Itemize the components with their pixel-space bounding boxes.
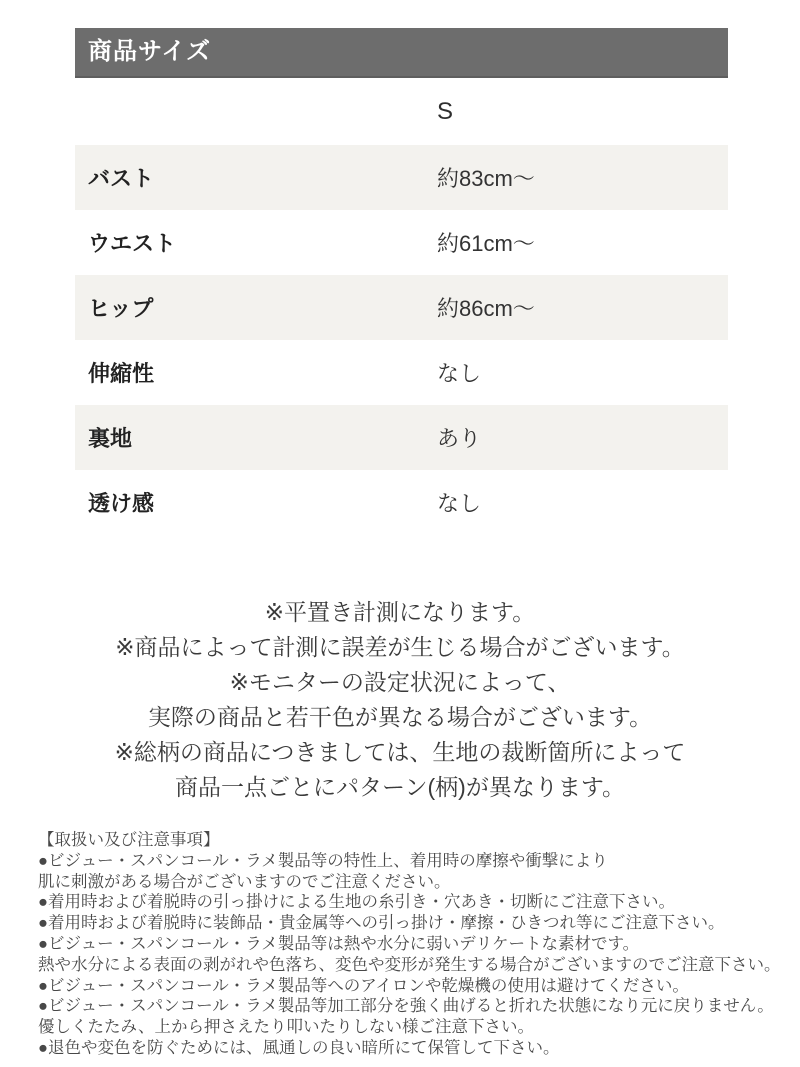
care-note-line: 肌に刺激がある場合がございますのでご注意ください。 [38, 872, 790, 893]
care-note-line: ●ビジュー・スパンコール・ラメ製品等は熱や水分に弱いデリケートな素材です。 [38, 934, 790, 955]
measurement-notes: ※平置き計測になります。 ※商品によって計測に誤差が生じる場合がございます。 ※… [0, 595, 800, 805]
care-note-line: 優しくたたみ、上から押さえたり叩いたりしない様ご注意下さい。 [38, 1017, 790, 1038]
care-notes-heading: 【取扱い及び注意事項】 [38, 830, 790, 851]
row-label: 裏地 [75, 422, 437, 453]
row-label: ウエスト [75, 227, 437, 258]
table-row-bust: バスト 約83cm～ [75, 145, 728, 210]
care-note-line: ●ビジュー・スパンコール・ラメ製品等加工部分を強く曲げると折れた状態になり元に戻… [38, 996, 790, 1017]
care-note-line: ●ビジュー・スパンコール・ラメ製品等へのアイロンや乾燥機の使用は避けてください。 [38, 976, 790, 997]
row-label: ヒップ [75, 292, 437, 323]
row-value: あり [437, 422, 728, 453]
row-value: 約61cm～ [437, 227, 728, 258]
product-size-section: 商品サイズ S バスト 約83cm～ ウエスト 約61cm～ ヒップ 約86cm… [75, 28, 728, 535]
care-notes: 【取扱い及び注意事項】 ●ビジュー・スパンコール・ラメ製品等の特性上、着用時の摩… [38, 830, 790, 1059]
care-note-line: 熱や水分による表面の剥がれや色落ち、変色や変形が発生する場合がございますのでご注… [38, 955, 790, 976]
row-label: バスト [75, 162, 437, 193]
care-note-line: ●着用時および着脱時の引っ掛けによる生地の糸引き・穴あき・切断にご注意下さい。 [38, 892, 790, 913]
care-note-line: ●ビジュー・スパンコール・ラメ製品等の特性上、着用時の摩擦や衝撃により [38, 851, 790, 872]
row-value: なし [437, 357, 728, 388]
care-note-line: ●着用時および着脱時に装飾品・貴金属等への引っ掛け・摩擦・ひきつれ等にご注意下さ… [38, 913, 790, 934]
table-row-waist: ウエスト 約61cm～ [75, 210, 728, 275]
row-value: なし [437, 487, 728, 518]
row-label: 透け感 [75, 487, 437, 518]
table-row-hip: ヒップ 約86cm～ [75, 275, 728, 340]
section-title: 商品サイズ [88, 38, 211, 65]
table-row-sheerness: 透け感 なし [75, 470, 728, 535]
measurement-note-line: ※平置き計測になります。 [0, 595, 800, 630]
section-title-bar: 商品サイズ [75, 28, 728, 78]
measurement-note-line: ※モニターの設定状況によって、 [0, 665, 800, 700]
measurement-note-line: ※商品によって計測に誤差が生じる場合がございます。 [0, 630, 800, 665]
row-value: 約83cm～ [437, 162, 728, 193]
row-value: 約86cm～ [437, 292, 728, 323]
row-label: 伸縮性 [75, 357, 437, 388]
size-column-header-row: S [75, 78, 728, 145]
table-row-lining: 裏地 あり [75, 405, 728, 470]
measurement-note-line: ※総柄の商品につきましては、生地の裁断箇所によって [0, 735, 800, 770]
measurement-note-line: 実際の商品と若干色が異なる場合がございます。 [0, 700, 800, 735]
measurement-note-line: 商品一点ごとにパターン(柄)が異なります。 [0, 770, 800, 805]
size-column-label: S [437, 98, 728, 126]
care-note-line: ●退色や変色を防ぐためには、風通しの良い暗所にて保管して下さい。 [38, 1038, 790, 1059]
size-table: S バスト 約83cm～ ウエスト 約61cm～ ヒップ 約86cm～ 伸縮性 … [75, 78, 728, 535]
table-row-stretch: 伸縮性 なし [75, 340, 728, 405]
